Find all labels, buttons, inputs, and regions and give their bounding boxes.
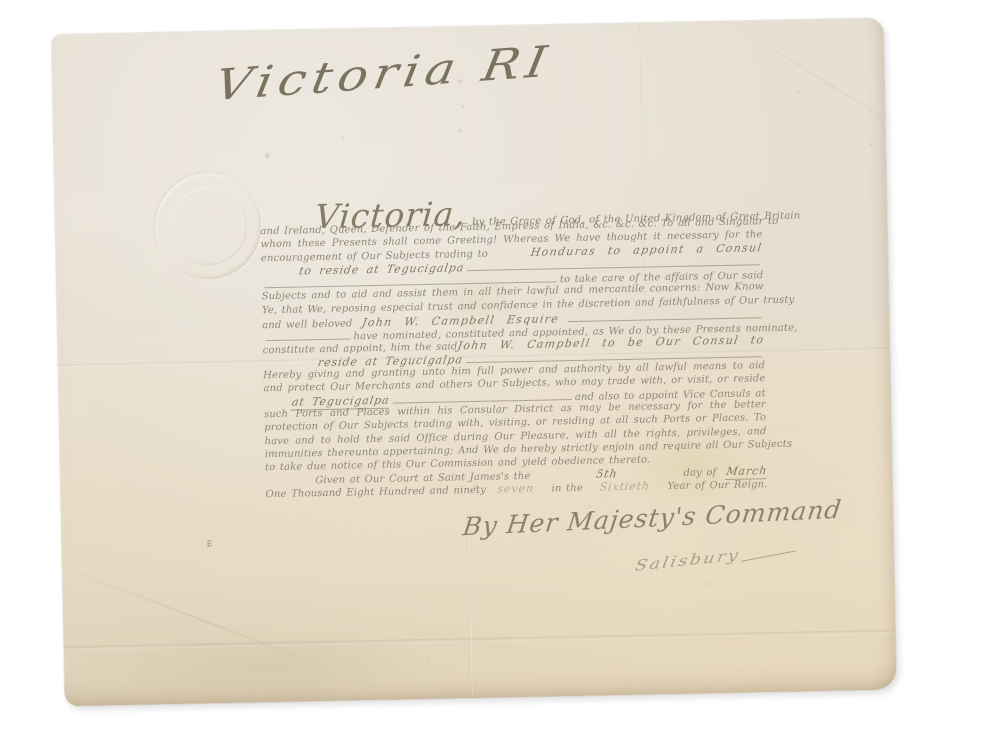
heading-word: Victoria,: [314, 206, 466, 224]
diagonal-crease: [711, 11, 933, 150]
foxing-spot: [340, 136, 345, 141]
spacer: [531, 476, 597, 478]
foxing-spot: [457, 128, 462, 133]
foxing-spot: [704, 581, 709, 586]
seal-inner-ring: [168, 187, 248, 267]
foxing-spot: [426, 656, 432, 662]
command-line: By Her Majesty's Command: [461, 495, 843, 542]
foxing-spot: [869, 142, 874, 147]
foxing-spot: [461, 104, 466, 109]
document-lines: Victoria,by the Grace of God, of the Uni…: [260, 200, 768, 500]
blind-embossed-seal: [154, 172, 262, 280]
age-stain: [113, 623, 435, 709]
spacer: [559, 321, 565, 322]
horizontal-fold-crease: [64, 630, 896, 651]
engraved-text: in the: [551, 482, 583, 496]
spacer: [618, 475, 684, 477]
spacer: [583, 489, 600, 490]
manuscript-insert: at Tegucigalpa: [291, 394, 391, 411]
ink-rule: [265, 328, 350, 341]
foxing-spot: [264, 152, 271, 159]
diagonal-crease: [43, 559, 343, 675]
royal-sign-manual-signature: Victoria RI: [211, 37, 556, 111]
manuscript-insert: Sixtieth: [599, 479, 651, 493]
spacer: [650, 488, 667, 489]
ink-rule: [392, 389, 572, 404]
manuscript-insert: seven: [497, 482, 536, 496]
foxing-spot: [795, 88, 801, 94]
spacer: [488, 255, 531, 257]
docket-mark: E: [207, 539, 213, 548]
engraved-text: Year of Our Reign.: [667, 478, 767, 493]
spacer: [535, 490, 552, 491]
parchment-sheet: Victoria RI E Victoria,by the Grace of G…: [51, 18, 896, 707]
countersignature: Salisbury: [634, 540, 798, 575]
engraved-text: One Thousand Eight Hundred and ninety: [265, 484, 486, 502]
document-photograph: Victoria RI E Victoria,by the Grace of G…: [0, 0, 1000, 750]
manuscript-insert: 5th: [595, 467, 618, 481]
manuscript-insert: March: [725, 464, 768, 480]
engraved-text: day of: [683, 466, 716, 480]
